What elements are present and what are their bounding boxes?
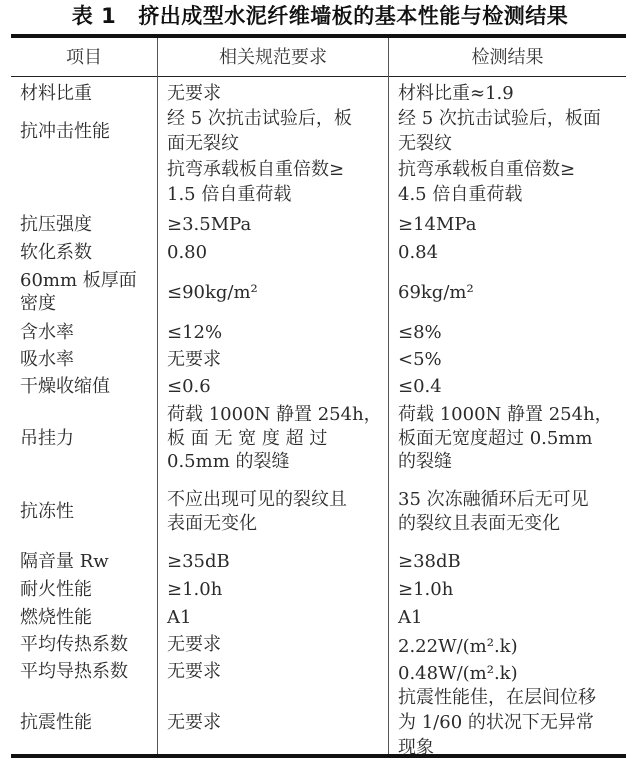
cell-item: 吊挂力 — [20, 426, 156, 451]
cell-requirement: ≥3.5MPa — [167, 212, 383, 237]
cell-requirement: 无要求 — [167, 632, 383, 657]
cell-item: 抗冻性 — [20, 499, 156, 524]
cell-requirement: 0.80 — [167, 240, 383, 265]
table-title: 表 1挤出成型水泥纤维墙板的基本性能与检测结果 — [0, 2, 640, 30]
cell-requirement: ≥35dB — [167, 549, 383, 574]
cell-item: 耐火性能 — [20, 577, 156, 602]
cell-result: 0.48W/(m².k) — [398, 661, 624, 686]
cell-requirement: ≤0.6 — [167, 374, 383, 399]
cell-item: 燃烧性能 — [20, 605, 156, 630]
cell-item: 含水率 — [20, 320, 156, 345]
cell-result: 2.22W/(m².k) — [398, 634, 624, 659]
table-caption: 挤出成型水泥纤维墙板的基本性能与检测结果 — [138, 4, 568, 28]
table-top-rule — [11, 34, 626, 38]
cell-requirement: ≤12% — [167, 320, 383, 345]
cell-result: 荷载 1000N 静置 254h， 板面无宽度超过 0.5mm 的裂缝 — [398, 403, 624, 474]
cell-requirement: 经 5 次抗击试验后，板 面无裂纹 — [167, 106, 383, 156]
cell-item: 平均传热系数 — [20, 632, 156, 657]
cell-requirement: 无要求 — [167, 659, 383, 684]
cell-requirement: 不应出现可见的裂纹且 表面无变化 — [167, 488, 383, 535]
column-divider — [388, 38, 389, 754]
cell-result: ≤8% — [398, 320, 624, 345]
column-divider — [157, 38, 158, 754]
cell-result: 35 次冻融循环后无可见 的裂纹且表面无变化 — [398, 488, 624, 535]
cell-result: 经 5 次抗击试验后，板面 无裂纹 — [398, 106, 624, 156]
header-requirement: 相关规范要求 — [158, 40, 388, 76]
cell-item: 平均导热系数 — [20, 659, 156, 684]
cell-item: 抗冲击性能 — [20, 119, 156, 144]
cell-result: <5% — [398, 347, 624, 372]
cell-requirement: 无要求 — [167, 347, 383, 372]
cell-result: ≤0.4 — [398, 374, 624, 399]
cell-requirement: 无要求 — [167, 81, 383, 106]
cell-result: 材料比重≈1.9 — [398, 81, 624, 106]
cell-item: 隔音量 Rw — [20, 549, 156, 574]
cell-requirement: ≥1.0h — [167, 577, 383, 602]
cell-requirement: A1 — [167, 605, 383, 630]
header-result: 检测结果 — [389, 40, 626, 76]
cell-result: 69kg/m² — [398, 280, 624, 305]
cell-item: 吸水率 — [20, 347, 156, 372]
cell-requirement: 无要求 — [167, 710, 383, 735]
cell-requirement: 荷载 1000N 静置 254h， 板 面 无 宽 度 超 过 0.5mm 的裂… — [167, 403, 383, 474]
cell-result: ≥1.0h — [398, 577, 624, 602]
cell-result: 0.84 — [398, 240, 624, 265]
cell-item: 60mm 板厚面 密度 — [20, 269, 156, 315]
cell-result: 抗震性能佳，在层间位移 为 1/60 的状况下无异常 现象 — [398, 685, 624, 760]
cell-item: 软化系数 — [20, 240, 156, 265]
cell-result: ≥14MPa — [398, 212, 624, 237]
table-number: 表 1 — [72, 4, 116, 28]
cell-item: 材料比重 — [20, 81, 156, 106]
cell-item: 干燥收缩值 — [20, 374, 156, 399]
cell-result: 抗弯承载板自重倍数≥ 4.5 倍自重荷载 — [398, 157, 624, 207]
header-item: 项目 — [11, 40, 157, 76]
cell-requirement: 抗弯承载板自重倍数≥ 1.5 倍自重荷载 — [167, 157, 383, 207]
cell-item: 抗压强度 — [20, 212, 156, 237]
cell-item: 抗震性能 — [20, 710, 156, 735]
cell-requirement: ≤90kg/m² — [167, 280, 383, 305]
cell-result: A1 — [398, 605, 624, 630]
table-header-rule — [11, 76, 626, 77]
cell-result: ≥38dB — [398, 549, 624, 574]
